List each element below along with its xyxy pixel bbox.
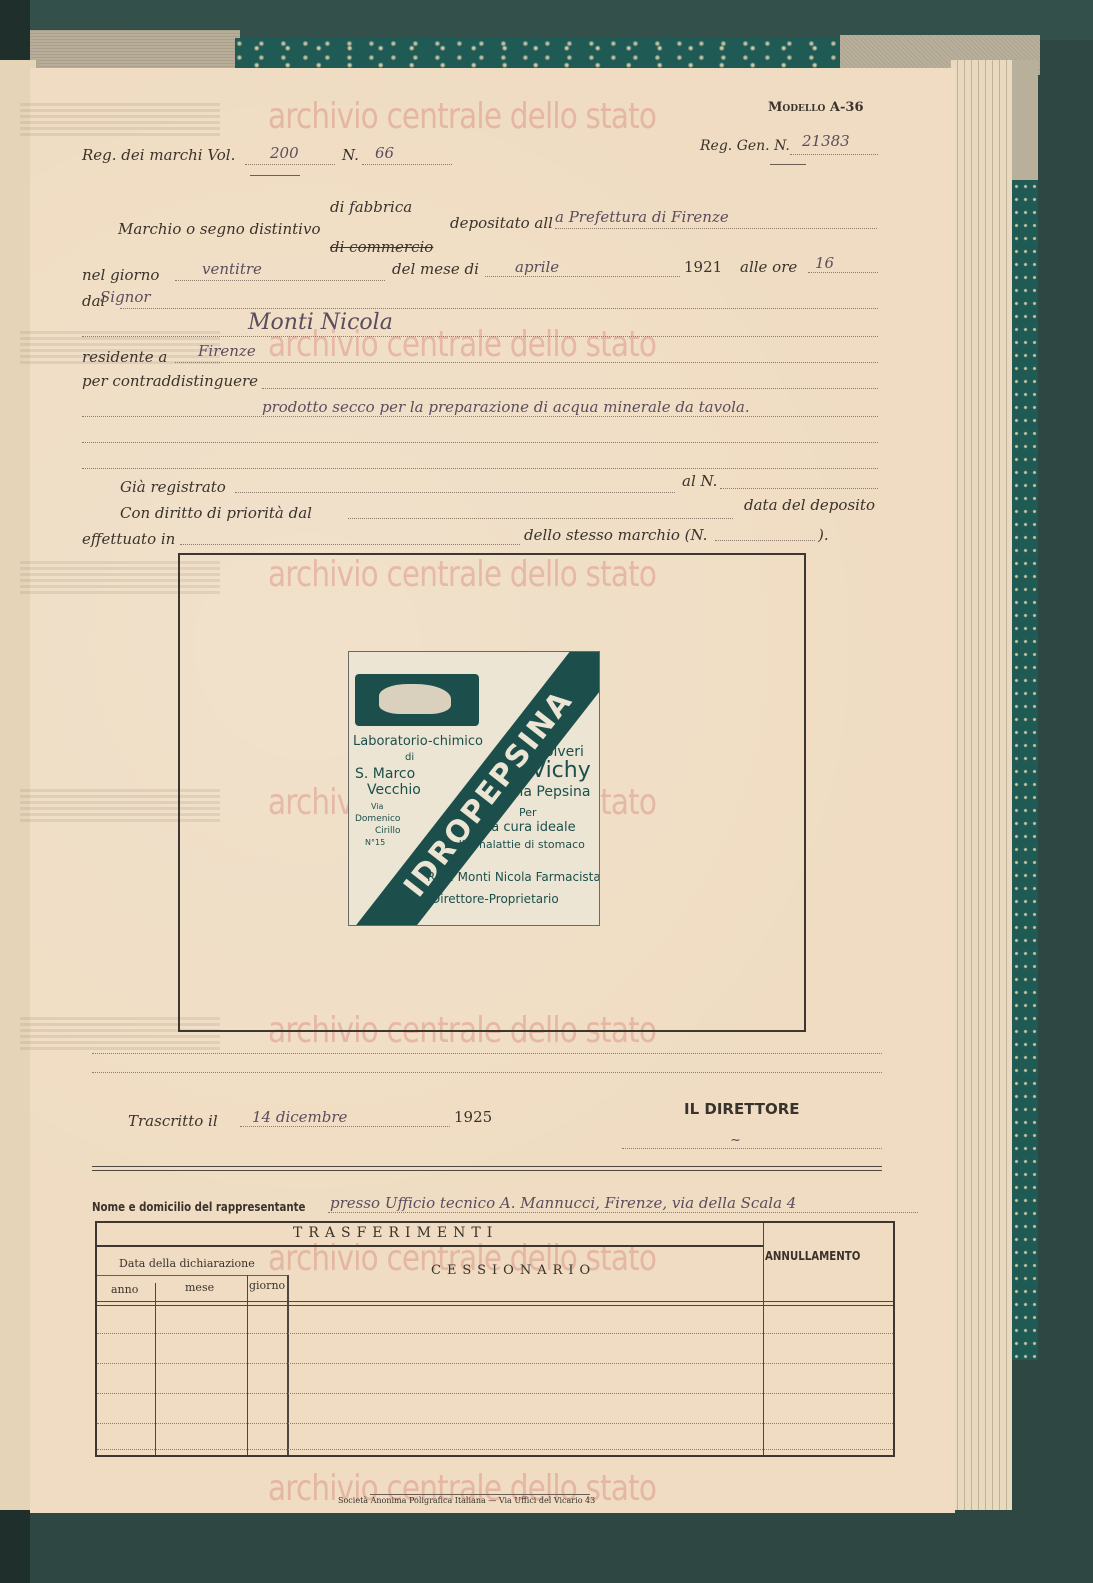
representative-label: Nome e domicilio del rappresentante <box>92 1200 305 1214</box>
row-line <box>97 1333 893 1334</box>
same-mark-label: dello stesso marchio (N. <box>524 526 707 544</box>
purpose-label: per contraddistinguere <box>82 372 258 390</box>
transfers-table: TRASFERIMENTI Data della dichiarazione a… <box>95 1221 895 1457</box>
mark-type-fabbrica: di fabbrica <box>330 198 412 216</box>
register-number-label: N. <box>342 146 359 164</box>
label-owner: Rag. Monti Nicola Farmacista <box>427 870 600 884</box>
deposit-date-label: data del deposito <box>744 496 875 514</box>
transfers-title: TRASFERIMENTI <box>293 1225 498 1241</box>
al-n-label: al N. <box>682 472 717 490</box>
same-mark-line <box>715 540 815 541</box>
col-assignee: CESSIONARIO <box>431 1263 596 1278</box>
from-line <box>120 308 878 309</box>
year-value: 1921 <box>684 258 722 276</box>
register-page: archivio centrale dello stato archivio c… <box>30 68 955 1513</box>
representative-line <box>328 1212 918 1213</box>
purpose-line-3 <box>82 442 878 443</box>
label-product3: alla Pepsina <box>507 784 590 800</box>
printer-footer: Società Anonima Poligrafica Italiana — V… <box>338 1496 595 1505</box>
side-cloth <box>1012 60 1038 190</box>
director-signature: ~ <box>730 1133 741 1148</box>
purpose-line-2 <box>82 416 878 417</box>
page-stack <box>950 60 1012 1510</box>
col-cancel: ANNULLAMENTO <box>765 1249 860 1263</box>
footer-rule <box>370 1494 590 1495</box>
month-line <box>485 276 680 277</box>
signature-line <box>622 1148 882 1149</box>
month-value: aprile <box>515 258 559 276</box>
date-header: Data della dichiarazione <box>119 1257 255 1270</box>
double-rule <box>92 1166 882 1171</box>
label-role: Direttore-Proprietario <box>431 892 559 906</box>
hour-value: 16 <box>815 254 834 272</box>
resident-line <box>175 362 878 363</box>
row-line <box>97 1363 893 1364</box>
made-in-label: effettuato in <box>82 530 175 548</box>
model-number: A-36 <box>830 100 864 115</box>
col-day: giorno <box>249 1279 285 1292</box>
label-di: di <box>405 752 414 763</box>
register-number-value: 66 <box>375 144 394 162</box>
date-header-rule <box>97 1275 287 1276</box>
owner-name: Monti Nicola <box>248 310 393 335</box>
col-divider <box>763 1223 764 1455</box>
purpose-line-4 <box>82 468 878 469</box>
resident-label: residente a <box>82 348 167 366</box>
watermark: archivio centrale dello stato <box>268 96 656 137</box>
model-code: Modello A-36 <box>768 100 864 115</box>
label-number: N°15 <box>365 838 385 847</box>
underline <box>770 164 806 165</box>
priority-line <box>348 518 733 519</box>
made-in-line <box>180 544 520 545</box>
volume-line <box>245 164 335 165</box>
separator-line <box>92 1072 882 1073</box>
purpose-line <box>262 388 878 389</box>
label-street2: Cirillo <box>375 826 401 836</box>
label-product2: Vichy <box>531 758 591 783</box>
label-street1: Domenico <box>355 814 400 824</box>
deposited-at-value: a Prefettura di Firenze <box>555 208 729 226</box>
already-registered-line <box>235 492 675 493</box>
row-line <box>97 1423 893 1424</box>
transcribed-year: 1925 <box>454 1108 492 1126</box>
al-n-line <box>720 488 878 489</box>
same-mark-close: ). <box>818 526 829 544</box>
volume-value: 200 <box>270 144 299 162</box>
priority-label: Con diritto di priorità dal <box>120 504 312 522</box>
transcribed-line <box>240 1126 450 1127</box>
underline <box>250 175 300 176</box>
day-value: ventitre <box>202 260 262 278</box>
model-prefix: Modello <box>768 100 825 115</box>
general-register-label: Reg. Gen. N. <box>700 138 790 154</box>
row-line <box>97 1393 893 1394</box>
title-rule <box>97 1245 763 1247</box>
owner-line <box>82 336 878 337</box>
label-place1: S. Marco <box>355 766 415 782</box>
day-line <box>175 280 385 281</box>
book-spine-cloth <box>30 30 240 70</box>
month-label: del mese di <box>392 260 479 278</box>
already-registered-label: Già registrato <box>120 478 226 496</box>
watermark-logo <box>20 102 220 136</box>
row-line <box>97 1449 893 1450</box>
purpose-value: prodotto secco per la preparazione di ac… <box>262 398 750 416</box>
deposited-label: depositato all <box>450 214 553 232</box>
side-marbled-edge <box>1012 180 1038 1360</box>
from-title: Signor <box>100 288 151 306</box>
label-via: Via <box>371 802 383 811</box>
number-line <box>362 164 452 165</box>
transcribed-date: 14 dicembre <box>252 1108 347 1126</box>
hour-line <box>808 272 878 273</box>
label-place2: Vecchio <box>367 782 421 798</box>
col-year: anno <box>111 1283 138 1296</box>
representative-value: presso Ufficio tecnico A. Mannucci, Fire… <box>330 1194 796 1212</box>
col-month: mese <box>185 1281 214 1294</box>
deposited-line <box>555 228 877 229</box>
resident-value: Firenze <box>198 342 256 360</box>
director-label: IL DIRETTORE <box>684 1100 800 1118</box>
header-rule <box>97 1301 893 1306</box>
marbled-edge <box>235 38 845 70</box>
separator-line <box>92 1053 882 1054</box>
winged-lion-icon <box>355 674 479 726</box>
mark-type-commercio: di commercio <box>330 238 433 256</box>
label-cure2: delle malattie di stomaco <box>445 838 585 851</box>
label-cure1: La cura ideale <box>484 820 576 835</box>
register-volume-label: Reg. dei marchi Vol. <box>82 146 235 164</box>
general-number-line <box>790 154 878 155</box>
trademark-label-image: Laboratorio-chimico di S. Marco Vecchio … <box>348 651 600 926</box>
hour-label: alle ore <box>740 258 797 276</box>
transcribed-label: Trascritto il <box>128 1112 218 1130</box>
mark-label: Marchio o segno distintivo <box>118 220 320 238</box>
day-label: nel giorno <box>82 266 159 284</box>
label-lab: Laboratorio-chimico <box>353 734 483 749</box>
label-per: Per <box>519 806 537 819</box>
general-register-value: 21383 <box>802 132 850 150</box>
col-divider <box>155 1283 156 1455</box>
